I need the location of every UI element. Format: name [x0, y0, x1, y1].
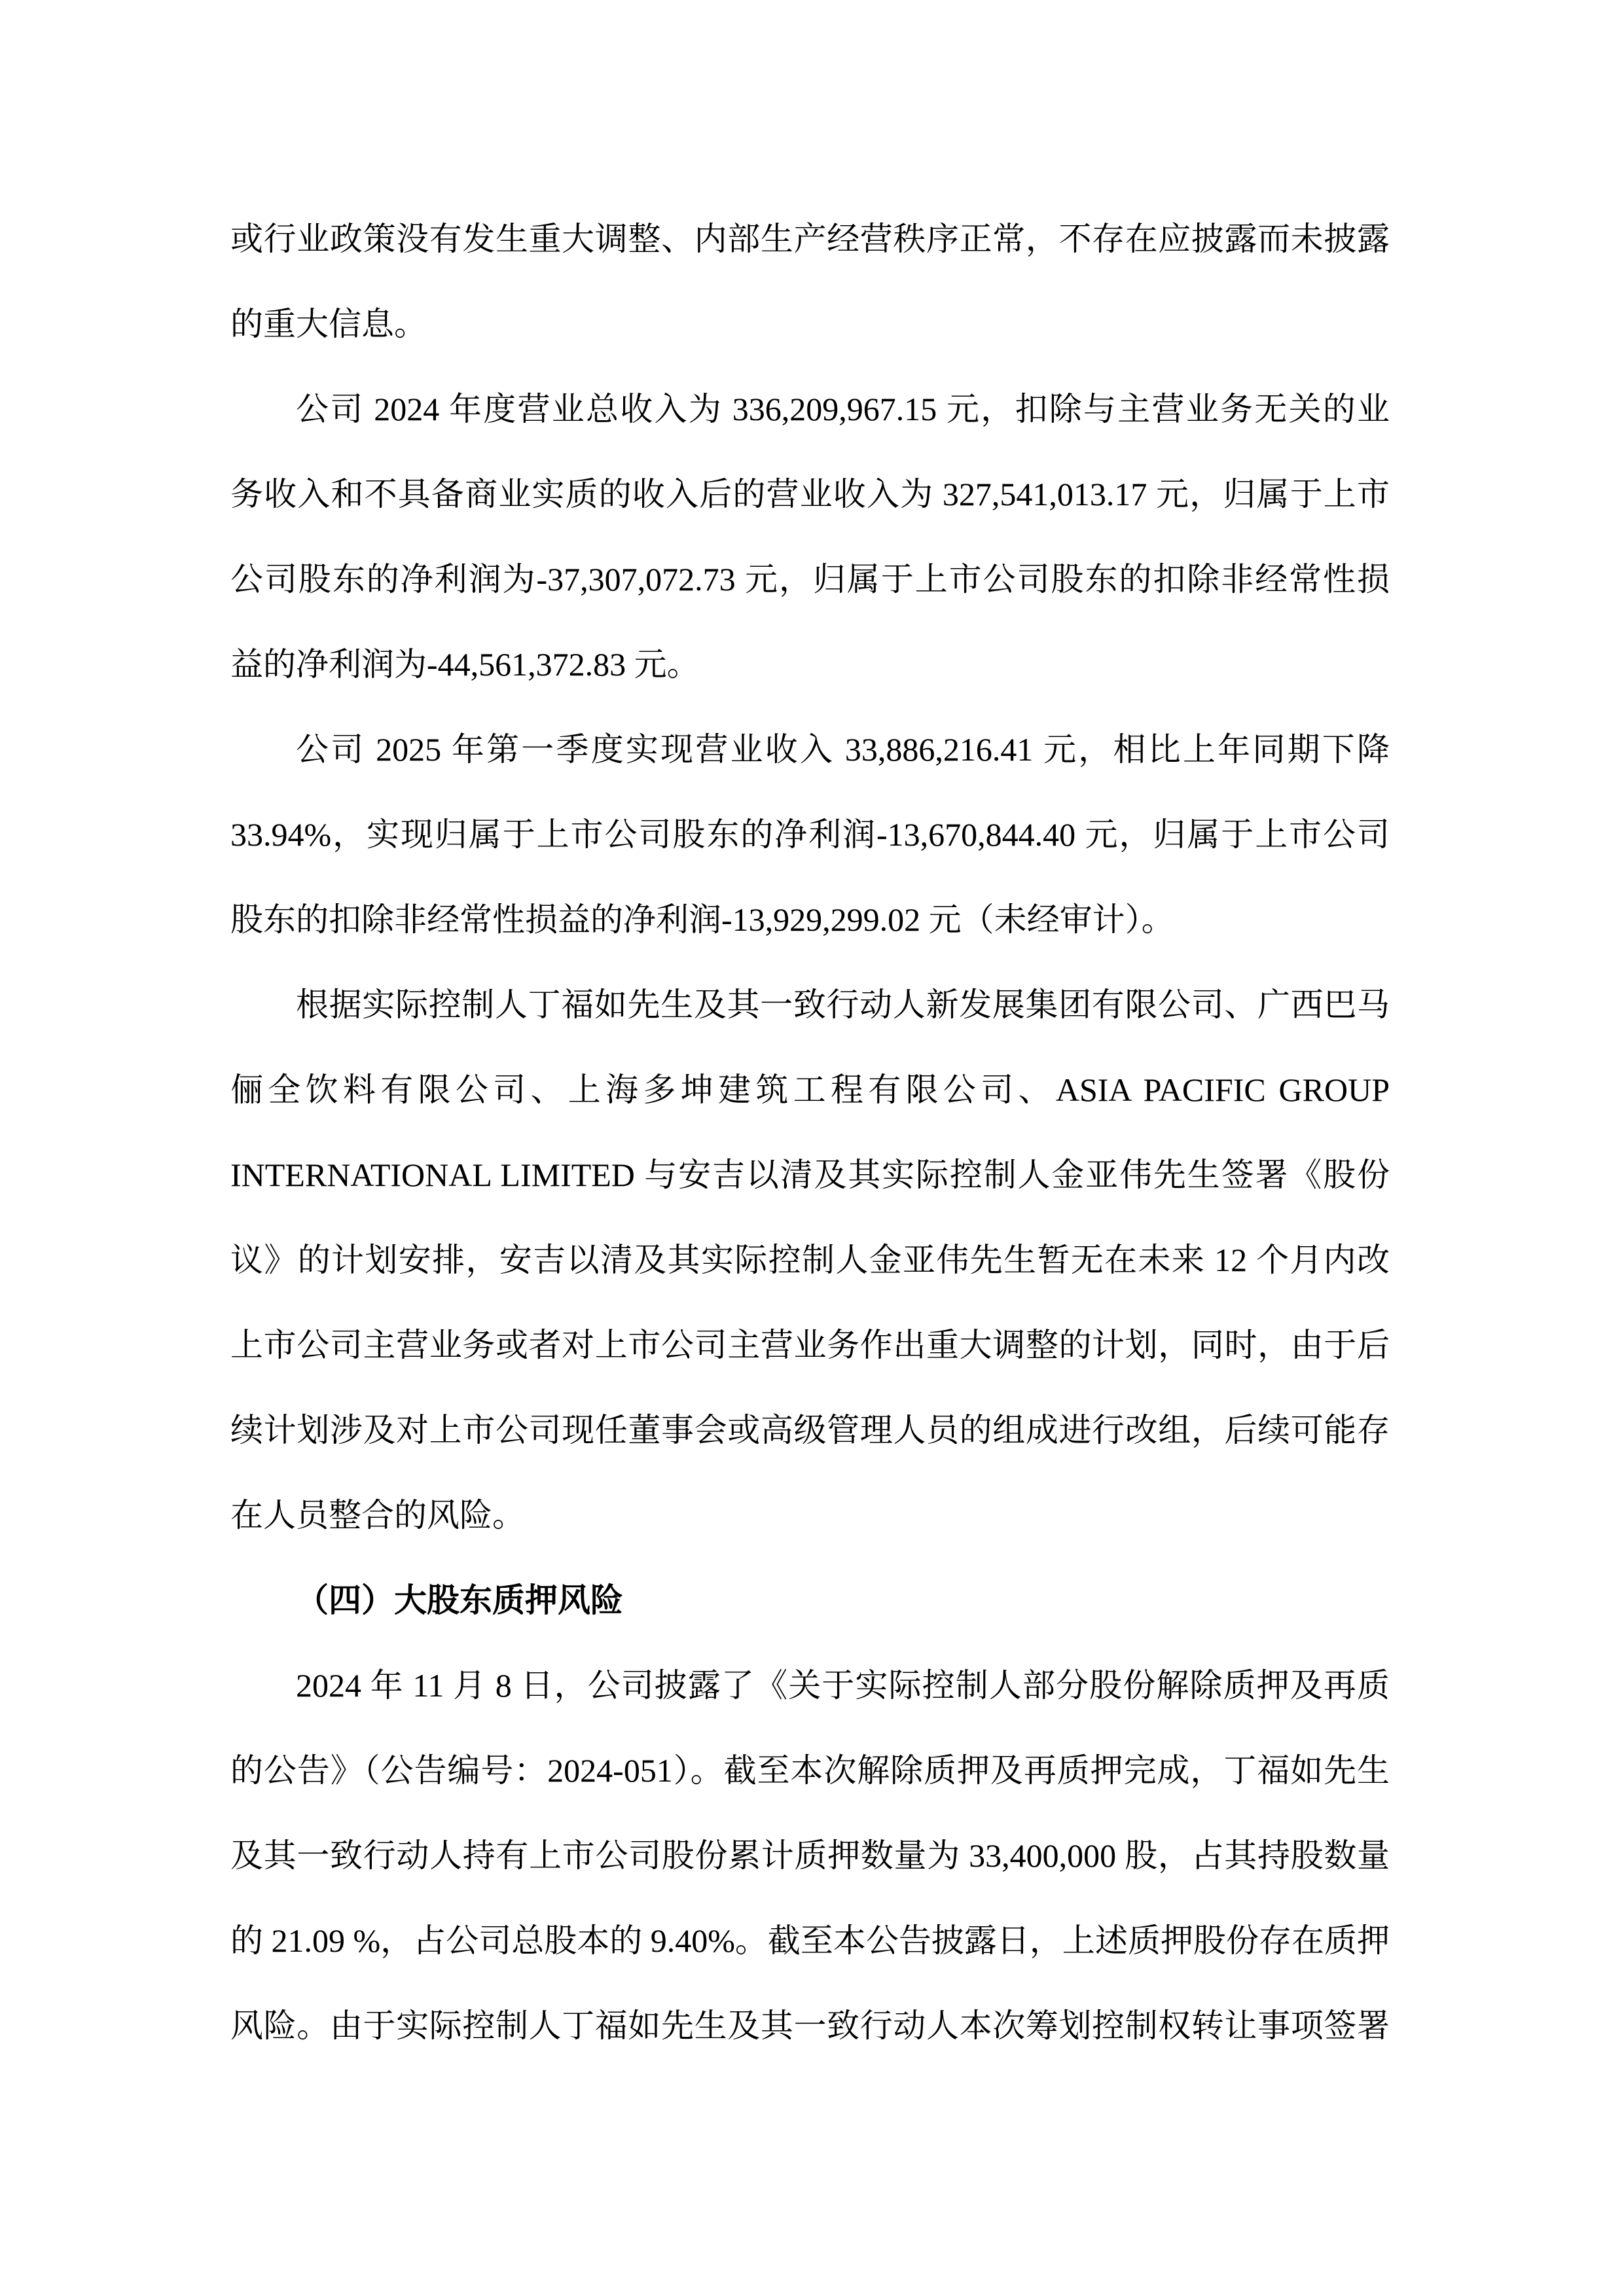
text-line: 的公告》（公告编号：2024-051）。截至本次解除质押及再质押完成，丁福如先生 — [230, 1728, 1390, 1813]
text-line: 在人员整合的风险。 — [230, 1473, 1390, 1558]
section-heading: （四）大股东质押风险 — [230, 1558, 1390, 1643]
text-line: 议》的计划安排，安吉以清及其实际控制人金亚伟先生暂无在未来 12 个月内改变 — [230, 1217, 1390, 1302]
text-line: 33.94%，实现归属于上市公司股东的净利润-13,670,844.40 元，归… — [230, 792, 1390, 877]
text-line: 或行业政策没有发生重大调整、内部生产经营秩序正常，不存在应披露而未披露 — [230, 196, 1390, 281]
text-block: 或行业政策没有发生重大调整、内部生产经营秩序正常，不存在应披露而未披露的重大信息… — [230, 196, 1390, 2068]
text-line: 务收入和不具备商业实质的收入后的营业收入为 327,541,013.17 元，归… — [230, 452, 1390, 537]
text-line: 俪全饮料有限公司、上海多坤建筑工程有限公司、ASIA PACIFIC GROUP — [230, 1047, 1390, 1132]
text-line: 的重大信息。 — [230, 281, 1390, 367]
text-line: 益的净利润为-44,561,372.83 元。 — [230, 622, 1390, 707]
text-line: 风险。由于实际控制人丁福如先生及其一致行动人本次筹划控制权转让事项签署 — [230, 1983, 1390, 2068]
text-line: 股东的扣除非经常性损益的净利润-13,929,299.02 元（未经审计）。 — [230, 877, 1390, 962]
text-line: 的 21.09 %，占公司总股本的 9.40%。截至本公告披露日，上述质押股份存… — [230, 1898, 1390, 1983]
text-line: 公司股东的净利润为-37,307,072.73 元，归属于上市公司股东的扣除非经… — [230, 537, 1390, 622]
text-line: 及其一致行动人持有上市公司股份累计质押数量为 33,400,000 股，占其持股… — [230, 1813, 1390, 1898]
text-line: 2024 年 11 月 8 日，公司披露了《关于实际控制人部分股份解除质押及再质… — [230, 1643, 1390, 1728]
text-line: 根据实际控制人丁福如先生及其一致行动人新发展集团有限公司、广西巴马 — [230, 962, 1390, 1047]
text-line: 公司 2025 年第一季度实现营业收入 33,886,216.41 元，相比上年… — [230, 707, 1390, 792]
text-line: INTERNATIONAL LIMITED 与安吉以清及其实际控制人金亚伟先生签… — [230, 1132, 1390, 1217]
text-line: 上市公司主营业务或者对上市公司主营业务作出重大调整的计划，同时，由于后 — [230, 1302, 1390, 1388]
text-line: 公司 2024 年度营业总收入为 336,209,967.15 元，扣除与主营业… — [230, 367, 1390, 452]
document-page: 或行业政策没有发生重大调整、内部生产经营秩序正常，不存在应披露而未披露的重大信息… — [0, 0, 1624, 2296]
text-line: 续计划涉及对上市公司现任董事会或高级管理人员的组成进行改组，后续可能存 — [230, 1388, 1390, 1473]
